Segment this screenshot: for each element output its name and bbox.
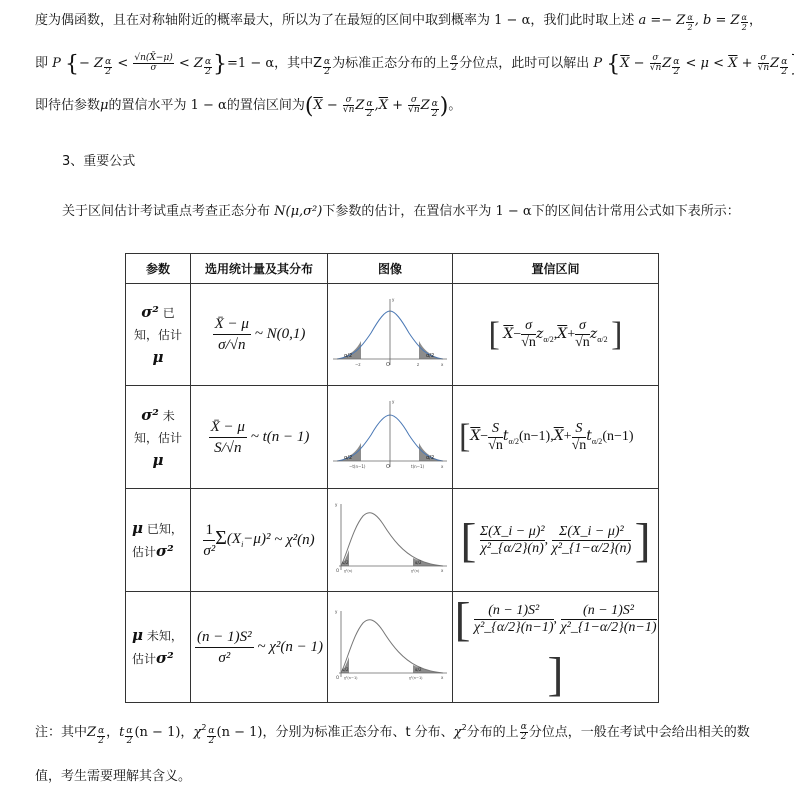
svg-text:α/2: α/2 xyxy=(344,455,352,461)
math-one-minus-alpha: 1 − α xyxy=(494,13,530,28)
svg-text:α/2: α/2 xyxy=(344,353,352,359)
param-cell: σ² 已 知，估计 μ xyxy=(126,284,191,386)
svg-text:α/2: α/2 xyxy=(426,353,434,359)
header-interval: 置信区间 xyxy=(453,254,659,284)
note-line-2: 值，考生需要理解其含义。 xyxy=(35,765,191,784)
math-b-eq: b = Z xyxy=(703,13,740,28)
svg-text:−t(n−1): −t(n−1) xyxy=(349,464,366,469)
table-row: σ² 已 知，估计 μ X̄ − μσ/√n ~ N(0,1) α/2 α/2 … xyxy=(126,284,659,386)
formula-table: 参数 选用统计量及其分布 图像 置信区间 σ² 已 知，估计 μ X̄ − μσ… xyxy=(125,253,659,703)
interval-cell: [ (n − 1)S²χ²_{α/2}(n−1), (n − 1)S²χ²_{1… xyxy=(453,592,659,703)
svg-text:O: O xyxy=(336,568,339,573)
table-header-row: 参数 选用统计量及其分布 图像 置信区间 xyxy=(126,254,659,284)
math-P: P xyxy=(52,56,61,71)
svg-text:α/2: α/2 xyxy=(342,560,349,565)
svg-text:χ²(n): χ²(n) xyxy=(411,569,420,573)
note-line-1: 注：其中Zα2，tα2(n − 1)，χ2α2(n − 1)，分别为标准正态分布… xyxy=(35,721,750,746)
param-cell: μ 已知， 估计σ² xyxy=(126,489,191,592)
svg-text:x: x xyxy=(441,464,444,469)
param-cell: σ² 未 知，估计 μ xyxy=(126,386,191,489)
svg-text:O: O xyxy=(386,362,390,368)
math-alpha-over-2: α2 xyxy=(741,13,748,32)
table-row: μ 已知， 估计σ² 1σ²Σ(Xi−μ)² ~ χ²(n) α/2 α/2 O… xyxy=(126,489,659,592)
svg-text:−z: −z xyxy=(355,362,360,367)
svg-text:α/2: α/2 xyxy=(415,560,422,565)
interval-cell: [ Σ(X_i − μ)²χ²_{α/2}(n), Σ(X_i − μ)²χ²_… xyxy=(453,489,659,592)
svg-text:t(n−1): t(n−1) xyxy=(411,464,425,469)
intro-paragraph: 关于区间估计考试重点考查正态分布 N(μ,σ²)下参数的估计，在置信水平为 1 … xyxy=(62,202,740,222)
table-row: μ 未知， 估计σ² (n − 1)S²σ² ~ χ²(n − 1) α/2 α… xyxy=(126,592,659,703)
svg-text:O: O xyxy=(386,464,390,470)
svg-text:α/2: α/2 xyxy=(415,667,422,672)
svg-text:χ²(n): χ²(n) xyxy=(344,569,353,573)
statistic-cell: 1σ²Σ(Xi−μ)² ~ χ²(n) xyxy=(191,489,328,592)
paragraph-line-3: 即待估参数μ的置信水平为 1 − α的置信区间为(X − σ√nZα2,X + … xyxy=(35,96,461,119)
svg-text:y: y xyxy=(392,399,395,404)
header-graph: 图像 xyxy=(328,254,453,284)
text: 度为偶函数，且在对称轴附近的概率最大，所以为了在最短的区间中取到概率为 xyxy=(35,13,494,28)
graph-cell: α/2 α/2 O χ²(n) χ²(n) x y xyxy=(328,489,453,592)
math-alpha-over-2: α2 xyxy=(686,13,693,32)
svg-text:y: y xyxy=(392,297,395,302)
graph-cell: α/2 α/2 −z O z x y xyxy=(328,284,453,386)
paragraph-line-2: 即 P {− Zα2 < √n(X̄−μ)σ < Zα2}=1 − α，其中Zα… xyxy=(35,54,794,77)
param-cell: μ 未知， 估计σ² xyxy=(126,592,191,703)
graph-cell: α/2 α/2 O χ²(n−1) χ²(n−1) x y xyxy=(328,592,453,703)
math-a-eq: a =− Z xyxy=(639,13,686,28)
normal-distribution-graph: α/2 α/2 −z O z x y xyxy=(331,293,449,373)
svg-text:x: x xyxy=(441,568,444,573)
math-normal-dist: N(μ,σ²) xyxy=(274,204,322,219)
statistic-cell: X̄ − μS/√n ~ t(n − 1) xyxy=(191,386,328,489)
statistic-cell: X̄ − μσ/√n ~ N(0,1) xyxy=(191,284,328,386)
text: ，我们此时取上述 xyxy=(530,13,638,28)
header-statistic: 选用统计量及其分布 xyxy=(191,254,328,284)
t-distribution-graph: α/2 α/2 −t(n−1) O t(n−1) x y xyxy=(331,395,449,475)
chi-square-graph: α/2 α/2 O χ²(n−1) χ²(n−1) x y xyxy=(331,605,449,685)
svg-text:x: x xyxy=(441,362,444,367)
interval-cell: [X−S√ntα/2(n−1),X+S√ntα/2(n−1) xyxy=(453,386,659,489)
table-row: σ² 未 知，估计 μ X̄ − μS/√n ~ t(n − 1) α/2 α/… xyxy=(126,386,659,489)
header-param: 参数 xyxy=(126,254,191,284)
statistic-cell: (n − 1)S²σ² ~ χ²(n − 1) xyxy=(191,592,328,703)
svg-text:O: O xyxy=(336,675,339,680)
section-heading: 3、重要公式 xyxy=(62,150,135,169)
graph-cell: α/2 α/2 −t(n−1) O t(n−1) x y xyxy=(328,386,453,489)
svg-text:χ²(n−1): χ²(n−1) xyxy=(344,676,358,680)
svg-text:y: y xyxy=(335,609,338,614)
svg-text:α/2: α/2 xyxy=(426,455,434,461)
svg-text:z: z xyxy=(417,362,419,367)
paragraph-line-1: 度为偶函数，且在对称轴附近的概率最大，所以为了在最短的区间中取到概率为 1 − … xyxy=(35,11,762,32)
svg-text:α/2: α/2 xyxy=(342,667,349,672)
svg-text:y: y xyxy=(335,502,338,507)
chi-square-graph: α/2 α/2 O χ²(n) χ²(n) x y xyxy=(331,498,449,578)
interval-cell: [ X−σ√nzα/2,X+σ√nzα/2 ] xyxy=(453,284,659,386)
svg-text:x: x xyxy=(441,675,444,680)
math-fraction: √n(X̄−μ)σ xyxy=(133,54,173,73)
svg-text:χ²(n−1): χ²(n−1) xyxy=(409,676,423,680)
